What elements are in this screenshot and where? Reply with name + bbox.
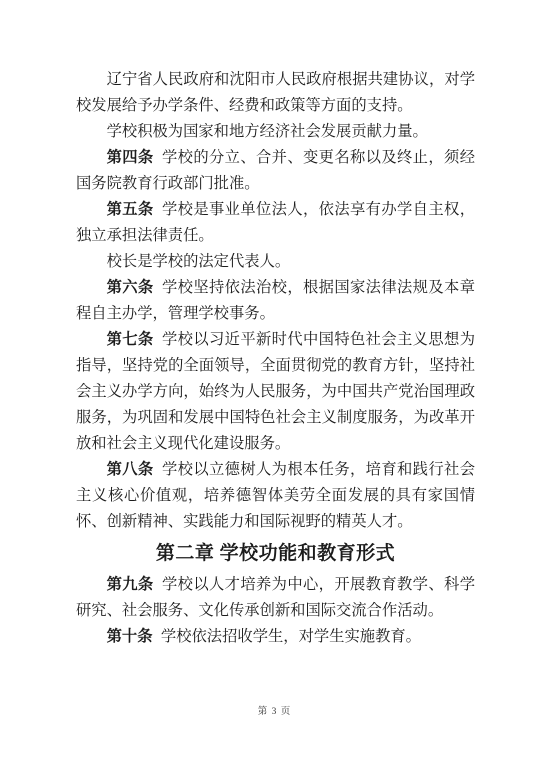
- article-number: 第九条: [107, 576, 154, 593]
- article-paragraph: 第八条学校以立德树人为根本任务，培育和践行社会主义核心价值观，培养德智体美劳全面…: [76, 457, 475, 535]
- paragraph: 校长是学校的法定代表人。: [76, 249, 475, 275]
- article-number: 第五条: [107, 201, 154, 218]
- article-number: 第六条: [107, 279, 154, 296]
- article-paragraph: 第十条学校依法招收学生，对学生实施教育。: [76, 624, 475, 650]
- article-paragraph: 第七条学校以习近平新时代中国特色社会主义思想为指导，坚持党的全面领导，全面贯彻党…: [76, 327, 475, 457]
- chapter-heading: 第二章 学校功能和教育形式: [76, 535, 475, 572]
- article-paragraph: 第五条学校是事业单位法人，依法享有办学自主权，独立承担法律责任。: [76, 197, 475, 249]
- article-number: 第八条: [107, 461, 154, 478]
- article-number: 第七条: [107, 331, 154, 348]
- article-paragraph: 第六条学校坚持依法治校，根据国家法律法规及本章程自主办学，管理学校事务。: [76, 275, 475, 327]
- article-number: 第十条: [107, 628, 153, 645]
- article-paragraph: 第四条学校的分立、合并、变更名称以及终止，须经国务院教育行政部门批准。: [76, 145, 475, 197]
- paragraph: 学校积极为国家和地方经济社会发展贡献力量。: [76, 119, 475, 145]
- paragraph: 辽宁省人民政府和沈阳市人民政府根据共建协议，对学校发展给予办学条件、经费和政策等…: [76, 67, 475, 119]
- page-number: 第 3 页: [0, 705, 549, 719]
- article-paragraph: 第九条学校以人才培养为中心，开展教育教学、科学研究、社会服务、文化传承创新和国际…: [76, 572, 475, 624]
- article-text: 学校以习近平新时代中国特色社会主义思想为指导，坚持党的全面领导，全面贯彻党的教育…: [76, 331, 475, 452]
- document-page: 辽宁省人民政府和沈阳市人民政府根据共建协议，对学校发展给予办学条件、经费和政策等…: [0, 0, 549, 777]
- article-number: 第四条: [107, 149, 154, 166]
- article-text: 学校依法招收学生，对学生实施教育。: [161, 628, 421, 645]
- document-body: 辽宁省人民政府和沈阳市人民政府根据共建协议，对学校发展给予办学条件、经费和政策等…: [76, 67, 475, 650]
